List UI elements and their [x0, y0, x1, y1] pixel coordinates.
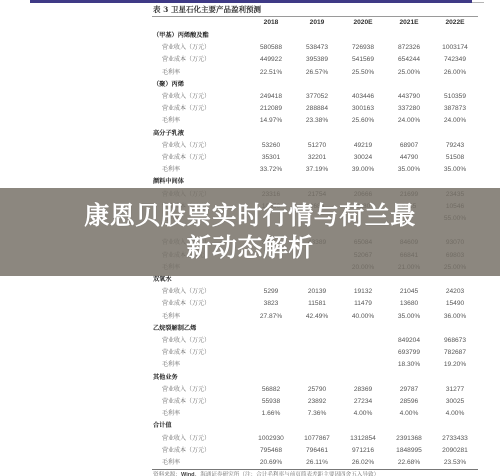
table-row: 毛利率1.66%7.36%4.00%4.00%4.00% — [152, 408, 478, 420]
table-cell: 35.00% — [432, 164, 478, 176]
table-cell — [340, 335, 386, 347]
table-cell: 337280 — [386, 103, 432, 115]
table-row: 营业成本（万元）3530132201300244479051508 — [152, 152, 478, 164]
table-cell: 21045 — [386, 286, 432, 298]
table-row: 营业成本（万元）79546879646197121618489952090281 — [152, 445, 478, 457]
table-cell: 24203 — [432, 286, 478, 298]
table-cell: 13680 — [386, 298, 432, 310]
table-row: 营业成本（万元）382311581114791368015490 — [152, 298, 478, 310]
overlay-title-line-1: 康恩贝股票实时行情与荷兰最 — [84, 200, 416, 232]
table-row: 营业成本（万元）449922395389541569654244742349 — [152, 54, 478, 66]
table-cell: 27.87% — [248, 311, 294, 323]
source-note: 资料来源：Wind、海通证券研究所（注：合计毛利率与前页简表差距主要因四舍五入导… — [152, 469, 478, 476]
table-cell: 36.00% — [432, 311, 478, 323]
table-cell: 44790 — [386, 152, 432, 164]
table-cell: 19132 — [340, 286, 386, 298]
table-cell — [248, 347, 294, 359]
table-cell: 11479 — [340, 298, 386, 310]
category-row: 合计值 — [152, 420, 478, 432]
table-cell: 849204 — [386, 335, 432, 347]
category-row: 其他业务 — [152, 372, 478, 384]
table-cell: 693799 — [386, 347, 432, 359]
table-cell: 30024 — [340, 152, 386, 164]
table-cell: 35.00% — [386, 164, 432, 176]
row-label: 毛利率 — [152, 457, 248, 469]
table-cell: 1848995 — [386, 445, 432, 457]
category-label: （甲基）丙烯酸及酯 — [152, 30, 478, 42]
table-cell: 28596 — [386, 396, 432, 408]
category-label: 合计值 — [152, 420, 478, 432]
table-cell: 25790 — [294, 384, 340, 396]
table-cell: 971216 — [340, 445, 386, 457]
table-cell: 288884 — [294, 103, 340, 115]
row-label: 营业成本（万元） — [152, 103, 248, 115]
row-label: 营业收入（万元） — [152, 91, 248, 103]
table-cell: 51508 — [432, 152, 478, 164]
column-header-2019: 2019 — [294, 17, 340, 30]
table-cell — [294, 359, 340, 371]
table-cell: 25.00% — [386, 67, 432, 79]
row-label: 毛利率 — [152, 311, 248, 323]
table-cell: 27234 — [340, 396, 386, 408]
row-label: 营业成本（万元） — [152, 396, 248, 408]
column-header-2020e: 2020E — [340, 17, 386, 30]
table-cell: 79243 — [432, 140, 478, 152]
row-label: 营业成本（万元） — [152, 445, 248, 457]
source-prefix: 资料来源： — [153, 472, 181, 476]
table-cell: 654244 — [386, 54, 432, 66]
category-label: 其他业务 — [152, 372, 478, 384]
table-cell: 11581 — [294, 298, 340, 310]
table-cell: 25.50% — [340, 67, 386, 79]
table-row: 营业成本（万元）212089288884300163337280387873 — [152, 103, 478, 115]
table-cell: 35.00% — [386, 311, 432, 323]
column-header-2021e: 2021E — [386, 17, 432, 30]
table-cell: 541569 — [340, 54, 386, 66]
table-cell: 2090281 — [432, 445, 478, 457]
table-cell: 1312854 — [340, 433, 386, 445]
table-cell: 23.53% — [432, 457, 478, 469]
table-cell: 30025 — [432, 396, 478, 408]
table-row: 毛利率22.51%26.57%25.50%25.00%26.00% — [152, 67, 478, 79]
table-cell: 795468 — [248, 445, 294, 457]
table-cell: 726938 — [340, 42, 386, 54]
table-cell: 24.00% — [386, 115, 432, 127]
overlay-title-line-2: 新动态解析 — [186, 232, 314, 264]
table-cell — [294, 347, 340, 359]
row-label: 营业收入（万元） — [152, 140, 248, 152]
table-row: 毛利率18.30%19.20% — [152, 359, 478, 371]
table-row: 营业收入（万元）249418377052403446443790510359 — [152, 91, 478, 103]
table-title: 表 3 卫星石化主要产品盈利预测 — [152, 3, 478, 17]
table-cell: 51270 — [294, 140, 340, 152]
table-cell: 31277 — [432, 384, 478, 396]
category-label: 乙烷裂解制乙烯 — [152, 323, 478, 335]
table-cell: 968673 — [432, 335, 478, 347]
table-cell: 742349 — [432, 54, 478, 66]
table-cell: 7.36% — [294, 408, 340, 420]
table-cell: 14.97% — [248, 115, 294, 127]
table-row: 营业收入（万元）5326051270492196890779243 — [152, 140, 478, 152]
table-cell: 387873 — [432, 103, 478, 115]
table-cell: 42.49% — [294, 311, 340, 323]
category-row: 颜料中间体 — [152, 176, 478, 188]
table-cell: 68907 — [386, 140, 432, 152]
table-row: 毛利率33.72%37.19%39.00%35.00%35.00% — [152, 164, 478, 176]
table-cell: 1077867 — [294, 433, 340, 445]
row-label: 毛利率 — [152, 67, 248, 79]
row-label: 毛利率 — [152, 164, 248, 176]
row-label: 营业收入（万元） — [152, 384, 248, 396]
table-cell: 5299 — [248, 286, 294, 298]
table-row: 营业成本（万元）693799782687 — [152, 347, 478, 359]
row-label: 营业成本（万元） — [152, 298, 248, 310]
table-cell: 1.66% — [248, 408, 294, 420]
table-row: 毛利率20.69%26.11%26.02%22.68%23.53% — [152, 457, 478, 469]
table-cell: 580588 — [248, 42, 294, 54]
source-rest: 、海通证券研究所（注：合计毛利率与前页简表差距主要因四舍五入导致） — [195, 472, 380, 476]
table-header-row: 2018 2019 2020E 2021E 2022E — [152, 17, 478, 30]
table-row: 毛利率14.97%23.38%25.60%24.00%24.00% — [152, 115, 478, 127]
row-label: 营业成本（万元） — [152, 54, 248, 66]
table-cell: 40.00% — [340, 311, 386, 323]
table-row: 营业收入（万元）529920139191322104524203 — [152, 286, 478, 298]
table-row: 营业收入（万元）849204968673 — [152, 335, 478, 347]
row-label: 毛利率 — [152, 115, 248, 127]
table-cell: 300163 — [340, 103, 386, 115]
row-label: 营业收入（万元） — [152, 433, 248, 445]
table-cell: 403446 — [340, 91, 386, 103]
table-cell: 19.20% — [432, 359, 478, 371]
table-cell — [340, 347, 386, 359]
table-cell: 249418 — [248, 91, 294, 103]
row-label: 营业成本（万元） — [152, 152, 248, 164]
table-cell — [248, 335, 294, 347]
table-cell: 53260 — [248, 140, 294, 152]
table-cell: 20139 — [294, 286, 340, 298]
table-cell: 26.11% — [294, 457, 340, 469]
column-header-2018: 2018 — [248, 17, 294, 30]
table-cell: 22.51% — [248, 67, 294, 79]
table-cell: 24.00% — [432, 115, 478, 127]
table-cell: 49219 — [340, 140, 386, 152]
table-row: 营业收入（万元）5688225790283692978731277 — [152, 384, 478, 396]
table-cell: 796461 — [294, 445, 340, 457]
category-row: 乙烷裂解制乙烯 — [152, 323, 478, 335]
table-cell: 1002930 — [248, 433, 294, 445]
table-row: 毛利率27.87%42.49%40.00%35.00%36.00% — [152, 311, 478, 323]
table-cell: 15490 — [432, 298, 478, 310]
table-cell: 377052 — [294, 91, 340, 103]
table-cell: 56882 — [248, 384, 294, 396]
table-cell: 28369 — [340, 384, 386, 396]
row-label: 营业收入（万元） — [152, 42, 248, 54]
table-cell: 443790 — [386, 91, 432, 103]
table-cell: 20.69% — [248, 457, 294, 469]
table-cell: 872326 — [386, 42, 432, 54]
table-cell: 35301 — [248, 152, 294, 164]
table-cell: 4.00% — [386, 408, 432, 420]
table-cell: 449922 — [248, 54, 294, 66]
table-cell: 212089 — [248, 103, 294, 115]
table-cell: 510359 — [432, 91, 478, 103]
table-cell: 4.00% — [432, 408, 478, 420]
table-cell: 22.68% — [386, 457, 432, 469]
table-cell — [248, 359, 294, 371]
table-cell: 26.57% — [294, 67, 340, 79]
category-label: 高分子乳液 — [152, 128, 478, 140]
category-label: （聚）丙烯 — [152, 79, 478, 91]
table-cell — [340, 359, 386, 371]
row-label: 毛利率 — [152, 359, 248, 371]
table-cell: 55938 — [248, 396, 294, 408]
table-cell — [294, 335, 340, 347]
table-cell: 395389 — [294, 54, 340, 66]
table-cell: 1003174 — [432, 42, 478, 54]
table-cell: 37.19% — [294, 164, 340, 176]
table-cell: 29787 — [386, 384, 432, 396]
table-cell: 3823 — [248, 298, 294, 310]
table-cell: 538473 — [294, 42, 340, 54]
column-header — [152, 17, 248, 30]
row-label: 毛利率 — [152, 408, 248, 420]
table-row: 营业成本（万元）5593823892272342859630025 — [152, 396, 478, 408]
table-cell: 33.72% — [248, 164, 294, 176]
category-label: 颜料中间体 — [152, 176, 478, 188]
row-label: 营业成本（万元） — [152, 347, 248, 359]
table-cell: 26.02% — [340, 457, 386, 469]
table-cell: 32201 — [294, 152, 340, 164]
table-cell: 39.00% — [340, 164, 386, 176]
table-cell: 2733433 — [432, 433, 478, 445]
row-label: 营业收入（万元） — [152, 286, 248, 298]
table-row: 营业收入（万元）5805885384737269388723261003174 — [152, 42, 478, 54]
table-cell: 23892 — [294, 396, 340, 408]
category-row: （甲基）丙烯酸及酯 — [152, 30, 478, 42]
row-label: 营业收入（万元） — [152, 335, 248, 347]
table-cell: 4.00% — [340, 408, 386, 420]
table-cell: 18.30% — [386, 359, 432, 371]
title-overlay-banner: 康恩贝股票实时行情与荷兰最 新动态解析 — [0, 188, 500, 276]
table-cell: 26.00% — [432, 67, 478, 79]
table-cell: 23.38% — [294, 115, 340, 127]
category-row: （聚）丙烯 — [152, 79, 478, 91]
table-cell: 25.60% — [340, 115, 386, 127]
category-row: 高分子乳液 — [152, 128, 478, 140]
table-cell: 782687 — [432, 347, 478, 359]
column-header-2022e: 2022E — [432, 17, 478, 30]
table-cell: 2391368 — [386, 433, 432, 445]
table-row: 营业收入（万元）10029301077867131285423913682733… — [152, 433, 478, 445]
source-wind: Wind — [181, 472, 195, 476]
